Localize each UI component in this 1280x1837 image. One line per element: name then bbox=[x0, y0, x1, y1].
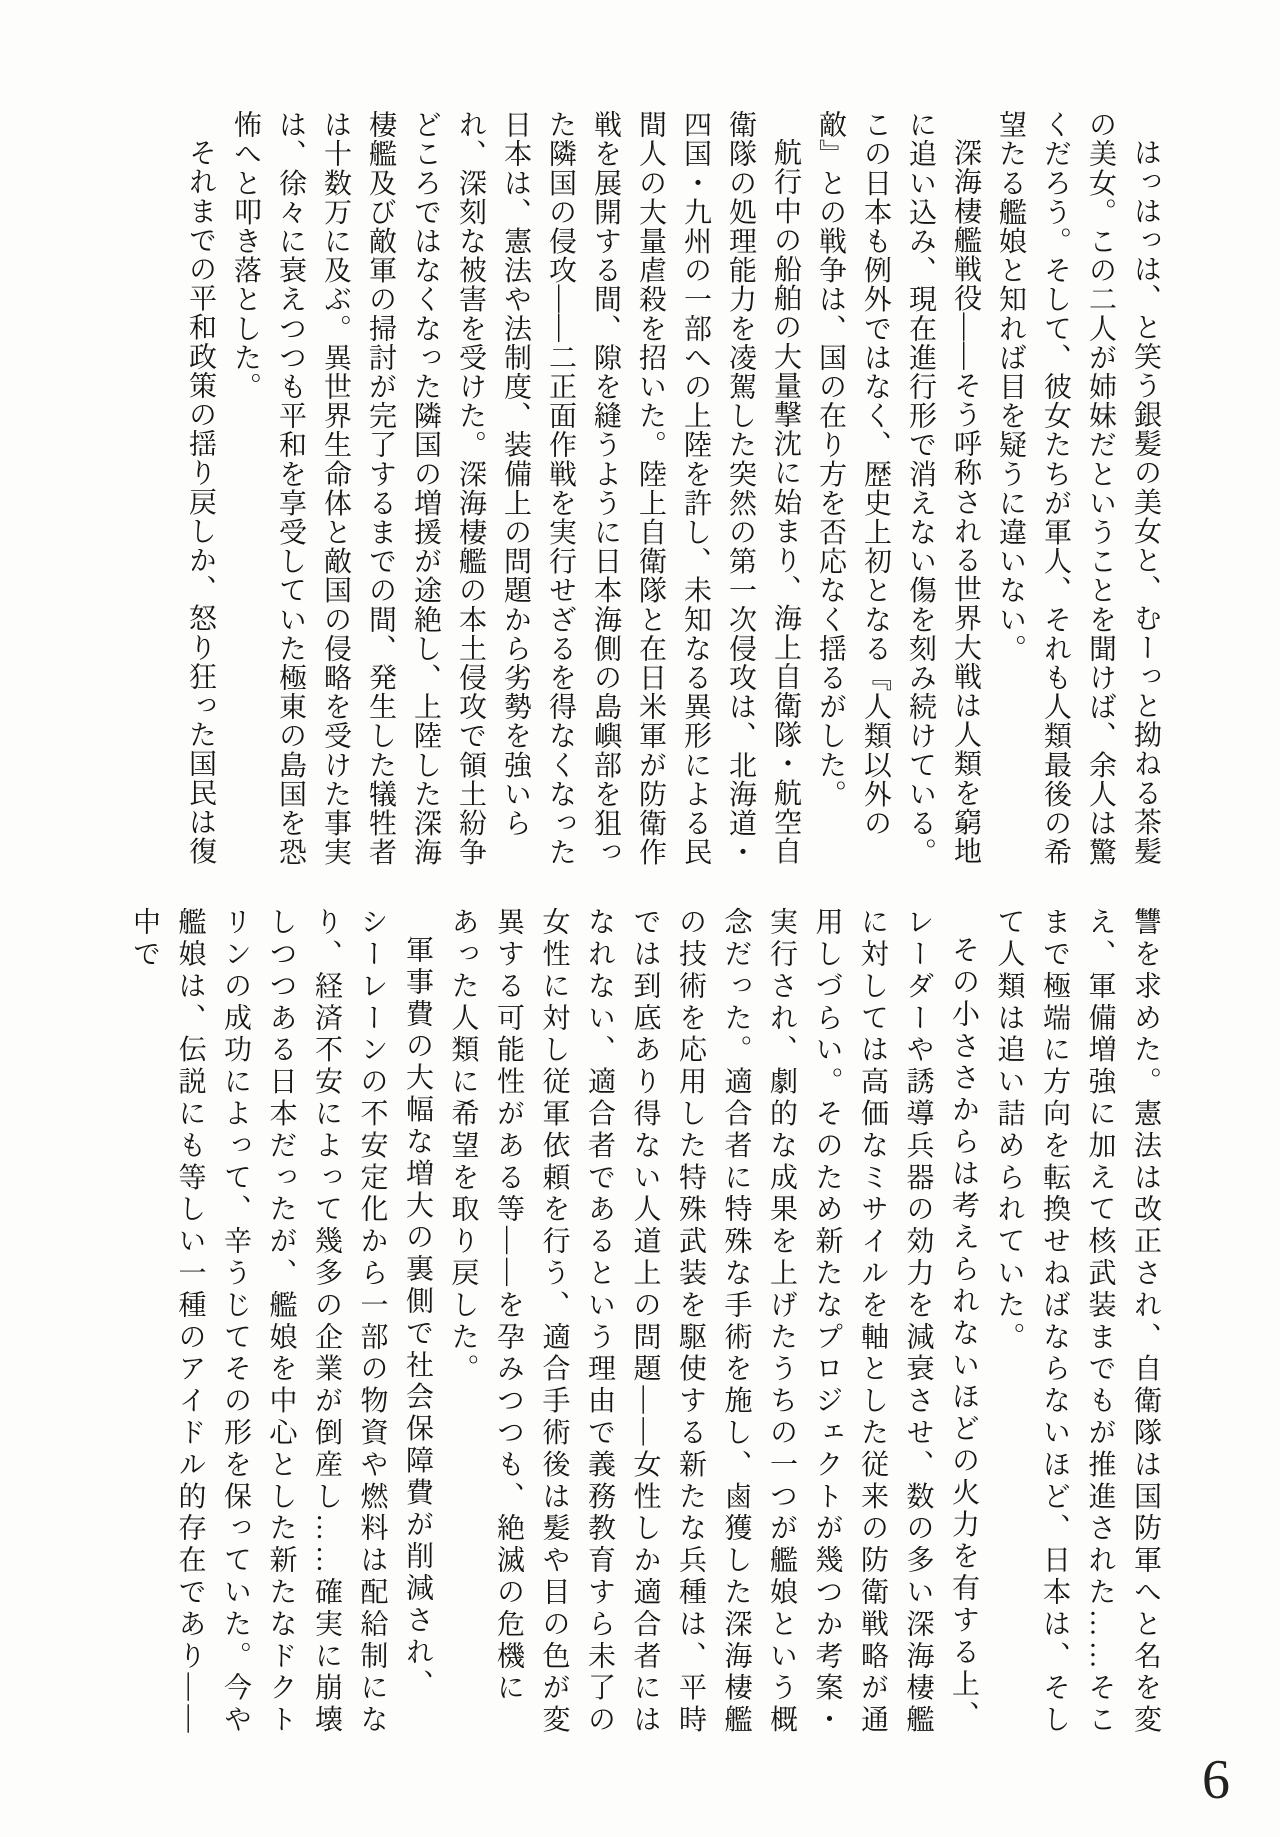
page-number: 6 bbox=[1196, 1752, 1236, 1808]
paragraph: 軍事費の大幅な増大の裏側で社会保障費が削減され、シーレーンの不安定化から一部の物… bbox=[122, 907, 441, 1737]
bottom-text-block: 讐を求めた。憲法は改正され、自衛隊は国防軍へと名を変え、軍備増強に加えて核武装ま… bbox=[166, 907, 1168, 1737]
paragraph: 深海棲艦戦役――そう呼称される世界大戦は人類を窮地に追い込み、現在進行形で消えな… bbox=[808, 110, 988, 868]
paragraph: その小ささからは考えられないほどの火力を有する上、レーダーや誘導兵器の効力を減衰… bbox=[440, 907, 986, 1737]
paragraph: はっはっは、と笑う銀髪の美女と、むーっと拗ねる茶髪の美女。この二人が姉妹だという… bbox=[988, 110, 1168, 868]
paragraph: 讐を求めた。憲法は改正され、自衛隊は国防軍へと名を変え、軍備増強に加えて核武装ま… bbox=[986, 907, 1168, 1737]
scanned-novel-page: はっはっは、と笑う銀髪の美女と、むーっと拗ねる茶髪の美女。この二人が姉妹だという… bbox=[0, 0, 1280, 1837]
paragraph: それまでの平和政策の揺り戻しか、怒り狂った国民は復 bbox=[178, 110, 223, 868]
paragraph: 航行中の船舶の大量撃沈に始まり、海上自衛隊・航空自衛隊の処理能力を凌駕した突然の… bbox=[223, 110, 808, 868]
top-text-block: はっはっは、と笑う銀髪の美女と、むーっと拗ねる茶髪の美女。この二人が姉妹だという… bbox=[176, 110, 1168, 868]
